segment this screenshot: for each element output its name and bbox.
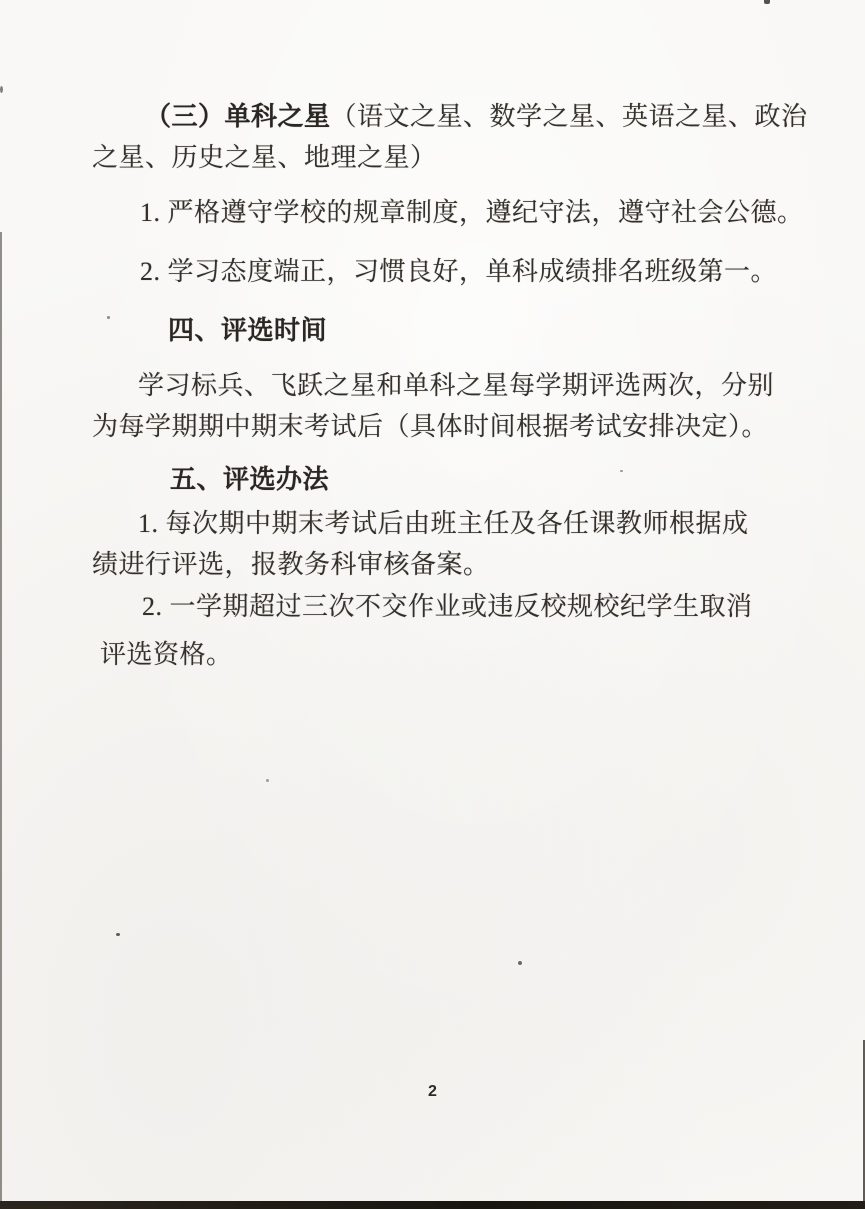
section5-heading: 五、评选办法 <box>170 463 329 497</box>
section4-paragraph-line2: 为每学期期中期末考试后（具体时间根据考试安排决定）。 <box>92 410 768 444</box>
section5-item2-line2: 评选资格。 <box>100 638 233 672</box>
section5-item2-line1: 2. 一学期超过三次不交作业或违反校规校纪学生取消 <box>142 590 753 624</box>
scan-speck <box>116 933 120 936</box>
scan-edge-bottom <box>0 1201 865 1209</box>
section3-heading-title: （三）单科之星 <box>145 102 331 131</box>
section5-item1-line1: 1. 每次期中期末考试后由班主任及各任课教师根据成 <box>138 507 749 541</box>
section5-item1-line2: 绩进行评选，报教务科审核备案。 <box>92 548 490 582</box>
scan-speck <box>620 470 623 472</box>
scanned-document-page: （三）单科之星（语文之星、数学之星、英语之星、政治 之星、历史之星、地理之星） … <box>0 0 865 1209</box>
page-number: 2 <box>0 1083 865 1101</box>
section3-item2: 2. 学习态度端正，习惯良好，单科成绩排名班级第一。 <box>140 255 777 289</box>
scan-speck <box>518 961 522 965</box>
scan-edge-left <box>0 232 2 1201</box>
scan-speck <box>107 316 110 319</box>
section3-item1: 1. 严格遵守学校的规章制度，遵纪守法，遵守社会公德。 <box>140 196 804 230</box>
section3-heading-subjects: （语文之星、数学之星、英语之星、政治 <box>331 102 808 131</box>
section4-paragraph-line1: 学习标兵、飞跃之星和单科之星每学期评选两次，分别 <box>138 369 774 403</box>
scan-speck <box>0 86 3 93</box>
scan-speck <box>266 779 269 782</box>
section3-heading-line2: 之星、历史之星、地理之星） <box>92 141 437 175</box>
scan-artifact-top <box>764 0 770 4</box>
section3-heading-line1: （三）单科之星（语文之星、数学之星、英语之星、政治 <box>145 100 808 134</box>
section4-heading: 四、评选时间 <box>168 314 327 348</box>
